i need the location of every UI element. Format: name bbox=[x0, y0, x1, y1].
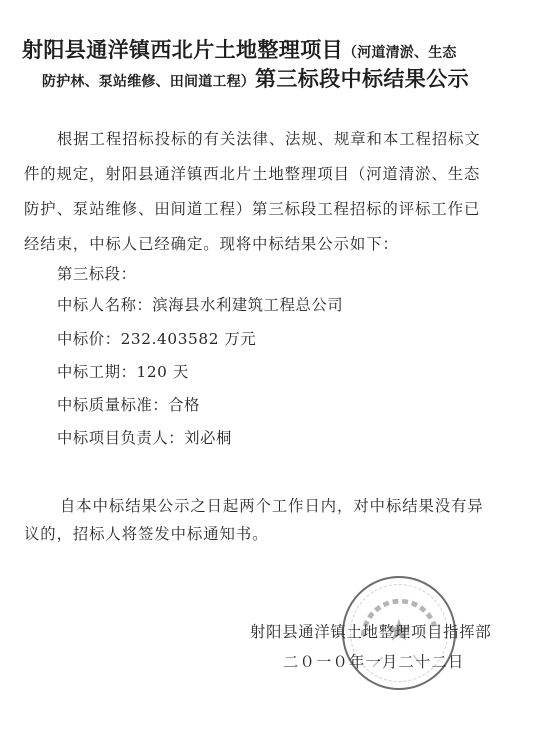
result-item-duration: 中标工期：120 天 bbox=[57, 360, 189, 382]
signature-organization: 射阳县通洋镇土地整理项目指挥部 bbox=[250, 620, 491, 642]
title-subtitle-part-2: 防护林、泵站维修、田间道工程） bbox=[42, 74, 255, 90]
item-value: 刘必桐 bbox=[184, 429, 232, 447]
intro-line: 根据工程招标投标的有关法律、法规、规章和本工程招标文 bbox=[57, 127, 481, 149]
section-label: 第三标段： bbox=[57, 262, 137, 284]
result-item-quality: 中标质量标准：合格 bbox=[57, 393, 200, 415]
item-label: 中标工期： bbox=[57, 363, 137, 381]
title-subtitle-part-1: （河道清淤、生态 bbox=[343, 45, 457, 61]
closing-line: 议的，招标人将签发中标通知书。 bbox=[24, 522, 268, 544]
document-title-line-1: 射阳县通洋镇西北片土地整理项目（河道清淤、生态 bbox=[22, 34, 457, 64]
result-item-winner: 中标人名称：滨海县水利建筑工程总公司 bbox=[57, 293, 343, 315]
item-value: 120 天 bbox=[137, 363, 189, 381]
item-value: 合格 bbox=[168, 396, 200, 414]
intro-line: 防护、泵站维修、田间道工程）第三标段工程招标的评标工作已 bbox=[24, 197, 480, 219]
document-title-line-2: 防护林、泵站维修、田间道工程）第三标段中标结果公示 bbox=[42, 63, 469, 93]
intro-line: 件的规定，射阳县通洋镇西北片土地整理项目（河道清淤、生态 bbox=[24, 162, 480, 184]
item-label: 中标价： bbox=[57, 330, 121, 348]
result-item-manager: 中标项目负责人：刘必桐 bbox=[57, 426, 232, 448]
title-main: 射阳县通洋镇西北片土地整理项目 bbox=[22, 37, 343, 62]
item-label: 中标人名称： bbox=[57, 296, 152, 314]
item-value: 滨海县水利建筑工程总公司 bbox=[152, 296, 343, 314]
intro-line: 经结束，中标人已经确定。现将中标结果公示如下： bbox=[24, 232, 399, 254]
signature-date: 二０一０年一月二十二日 bbox=[283, 650, 464, 672]
item-label: 中标项目负责人： bbox=[57, 429, 184, 447]
result-item-price: 中标价：232.403582 万元 bbox=[57, 327, 256, 349]
item-label: 中标质量标准： bbox=[57, 396, 168, 414]
closing-line: 自本中标结果公示之日起两个工作日内，对中标结果没有异 bbox=[60, 494, 484, 516]
item-value: 232.403582 万元 bbox=[121, 330, 257, 348]
title-suffix: 第三标段中标结果公示 bbox=[255, 66, 469, 91]
